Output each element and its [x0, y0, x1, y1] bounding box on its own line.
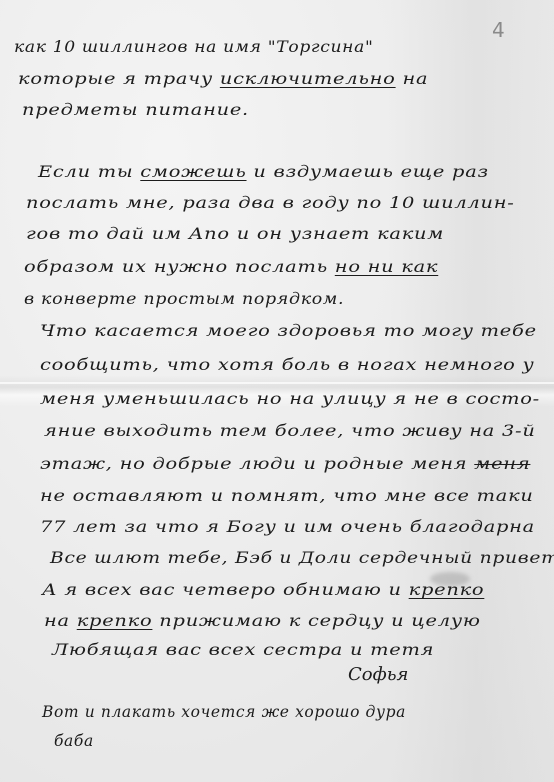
- underlined-word: сможешь: [140, 163, 246, 181]
- letter-line-12: яние выходить тем более, что живу на 3-й: [44, 422, 536, 440]
- letter-line-7: образом их нужно послать но ни как: [24, 258, 438, 276]
- struck-word: меня: [474, 455, 530, 473]
- letter-line-16: Все шлют тебе, Бэб и Доли сердечный прив…: [50, 549, 554, 567]
- letter-line-8: в конверте простым порядком.: [24, 290, 344, 308]
- letter-page: 4 как 10 шиллингов на имя "Торгсина" кот…: [0, 0, 554, 782]
- underlined-word: исключительно: [220, 70, 396, 88]
- signature: Софья: [348, 664, 408, 685]
- letter-line-19: Любящая вас всех сестра и тетя: [52, 641, 434, 659]
- postscript-line-2: баба: [54, 732, 94, 750]
- letter-line-6: гов то дай им Апо и он узнает каким: [26, 225, 444, 243]
- letter-line-15: 77 лет за что я Богу и им очень благодар…: [40, 518, 535, 536]
- page-number: 4: [492, 18, 505, 42]
- underlined-word: крепко: [409, 581, 485, 599]
- letter-line-3: предметы питание.: [22, 101, 249, 119]
- letter-line-17: А я всех вас четверо обнимаю и крепко: [42, 581, 484, 599]
- letter-line-4: Если ты сможешь и вздумаешь еще раз: [38, 163, 489, 181]
- letter-line-11: меня уменьшилась но на улицу я не в сост…: [40, 390, 540, 408]
- underlined-word: крепко: [77, 612, 153, 630]
- letter-line-13: этаж, но добрые люди и родные меня меня: [40, 455, 530, 473]
- letter-line-1: как 10 шиллингов на имя "Торгсина": [14, 38, 374, 56]
- underlined-word: но ни как: [335, 258, 438, 276]
- letter-line-2: которые я трачу исключительно на: [18, 70, 428, 88]
- letter-line-9: Что касается моего здоровья то могу тебе: [40, 322, 537, 340]
- letter-line-5: послать мне, раза два в году по 10 шилли…: [26, 194, 515, 212]
- postscript-line-1: Вот и плакать хочется же хорошо дура: [42, 703, 406, 721]
- letter-line-2-text: которые я трачу исключительно на: [18, 70, 428, 88]
- letter-line-10: сообщить, что хотя боль в ногах немного …: [40, 356, 534, 374]
- letter-line-18: на крепко прижимаю к сердцу и целую: [44, 612, 481, 630]
- paper-fold-crease: [0, 382, 554, 384]
- letter-line-14: не оставляют и помнят, что мне все таки: [40, 487, 534, 505]
